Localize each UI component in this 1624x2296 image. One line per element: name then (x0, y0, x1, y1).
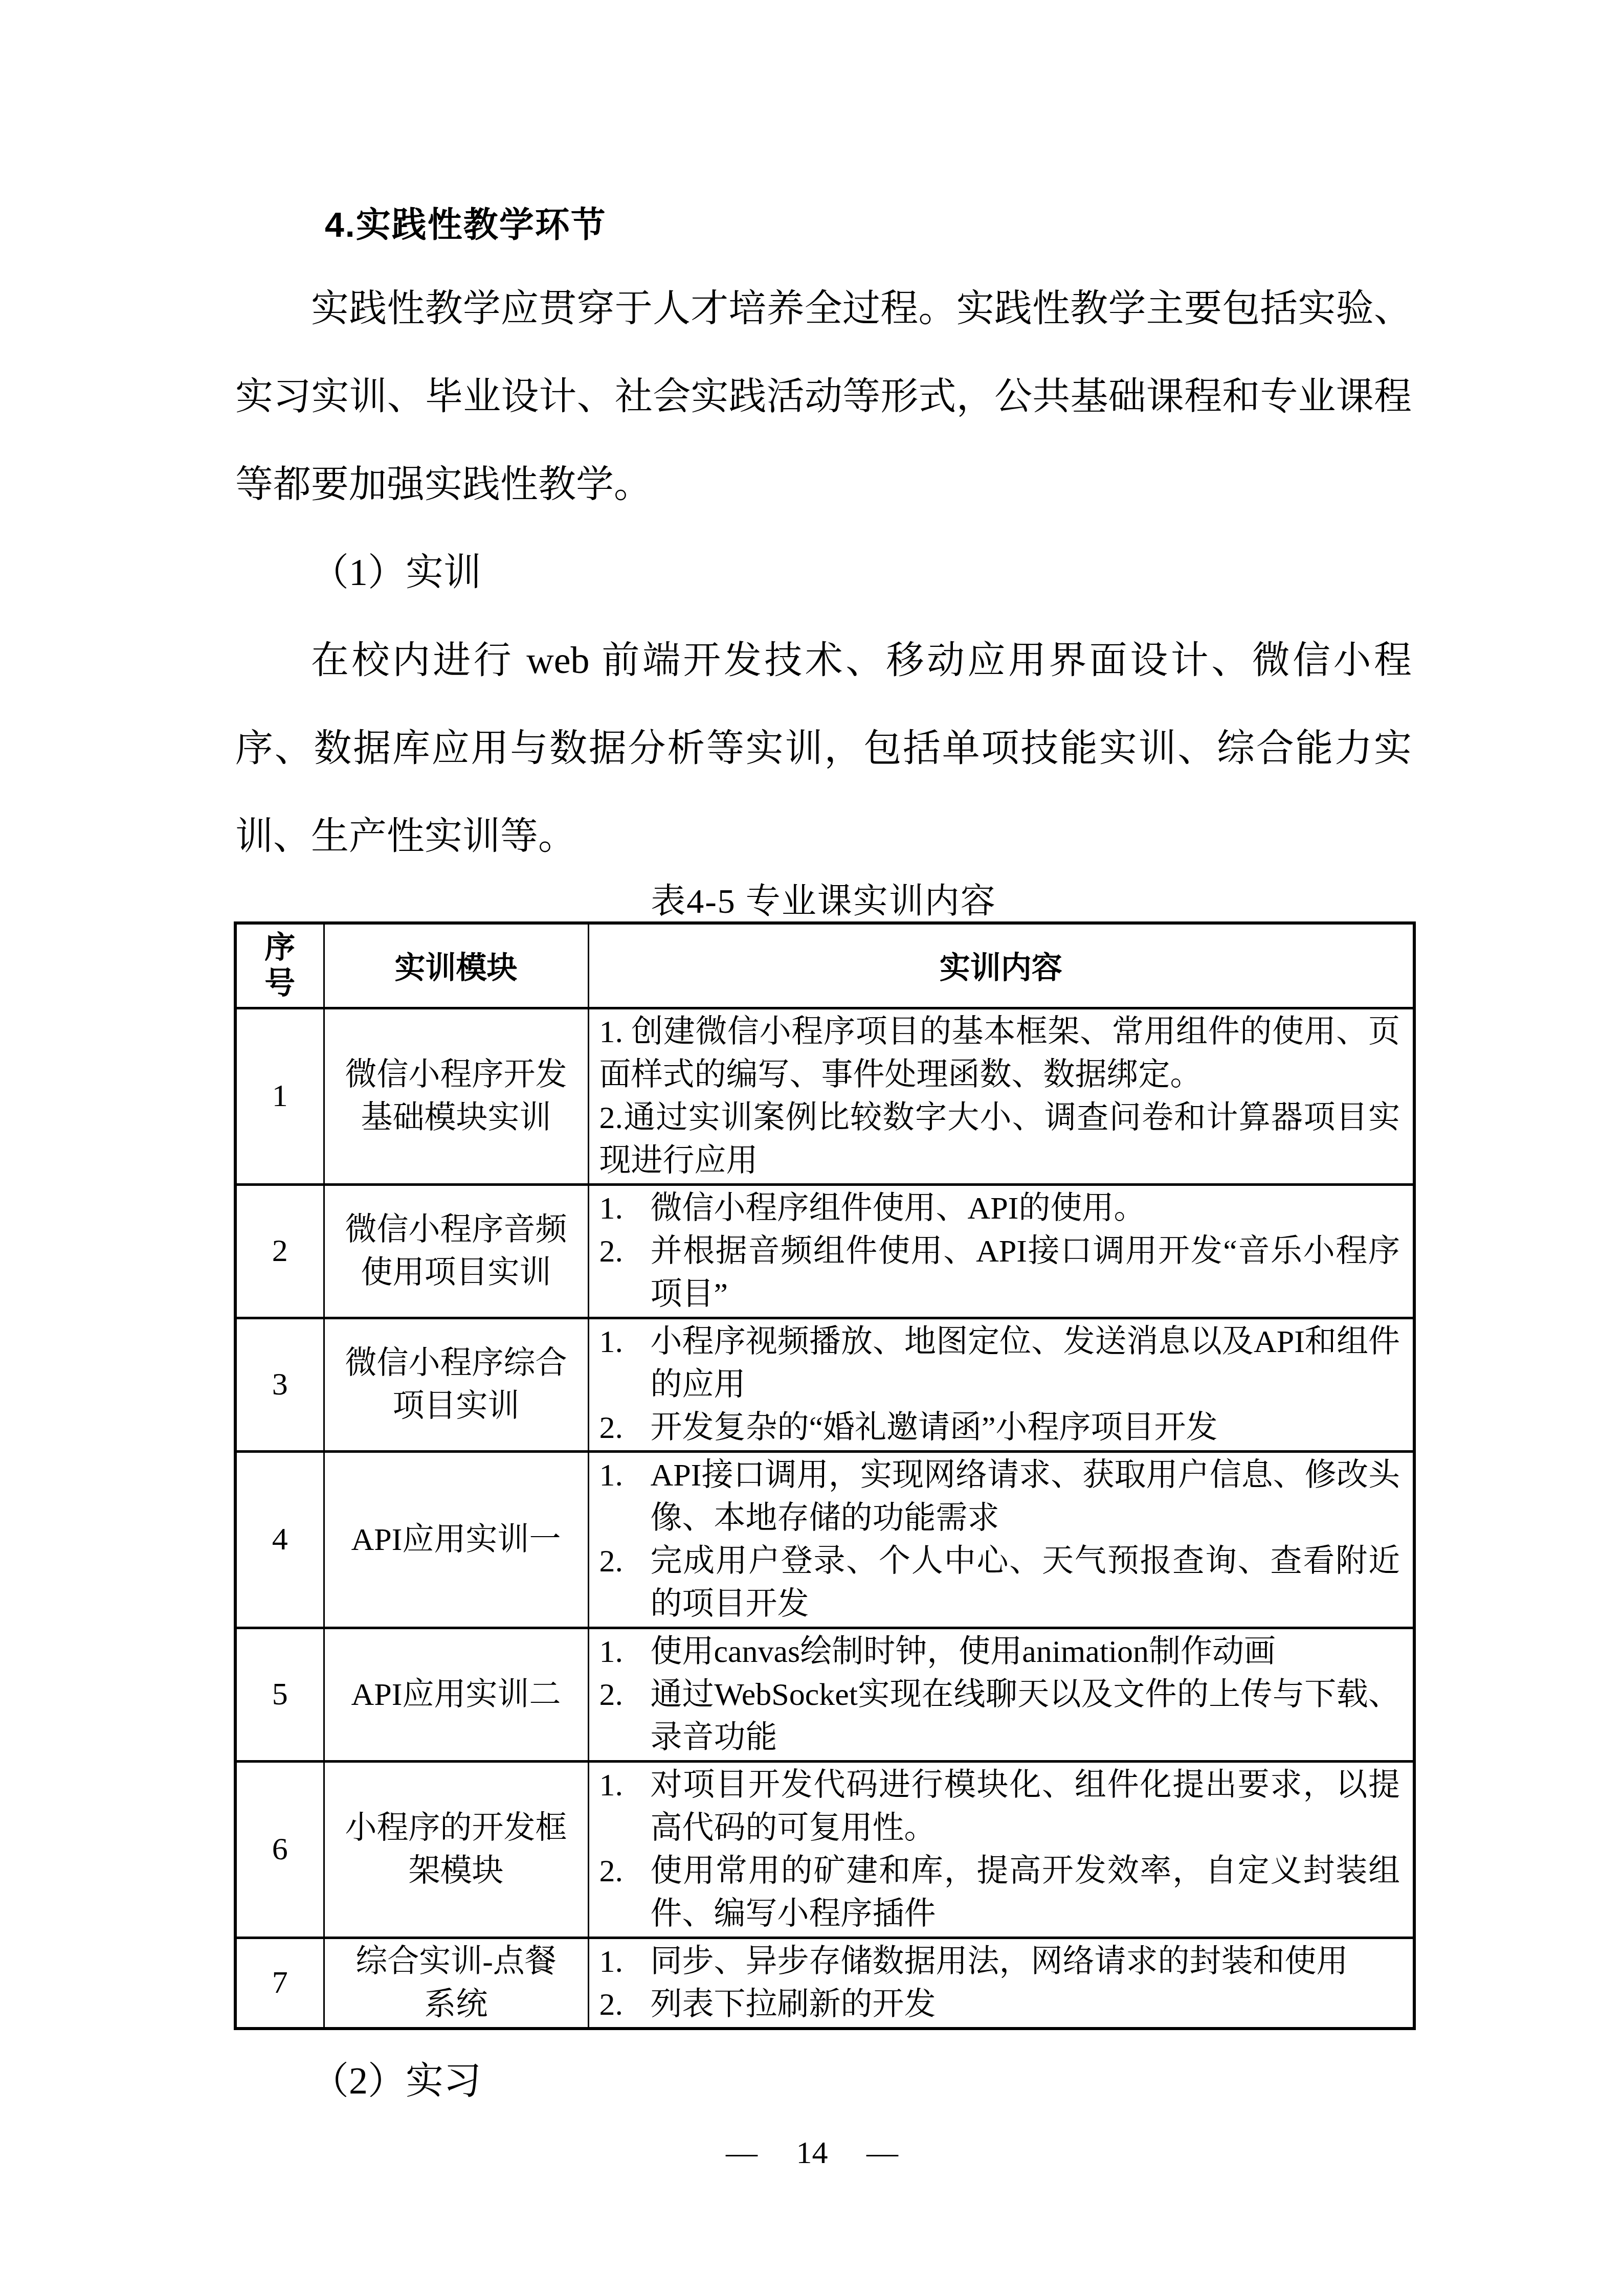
footer-left-dash: — (726, 2135, 758, 2170)
document-page: 4.实践性教学环节 实践性教学应贯穿于人才培养全过程。实践性教学主要包括实验、实… (0, 0, 1624, 2296)
table-row: 5API应用实训二1.使用canvas绘制时钟，使用animation制作动画2… (235, 1628, 1414, 1761)
footer-right-dash: — (866, 2135, 898, 2170)
table-row: 3微信小程序综合 项目实训1.小程序视频播放、地图定位、发送消息以及API和组件… (235, 1318, 1414, 1451)
row-serial-number: 7 (235, 1938, 324, 2029)
content-item: 1.使用canvas绘制时钟，使用animation制作动画 (599, 1630, 1400, 1673)
content-item: 1.微信小程序组件使用、API的使用。 (599, 1187, 1400, 1230)
row-serial-number: 6 (235, 1761, 324, 1938)
item-number-marker: 2. (599, 1673, 651, 1716)
page-number: 14 (796, 2135, 828, 2170)
table-row: 6小程序的开发框 架模块1.对项目开发代码进行模块化、组件化提出要求，以提高代码… (235, 1761, 1414, 1938)
content-item: 1.小程序视频播放、地图定位、发送消息以及API和组件的应用 (599, 1320, 1400, 1406)
row-training-module: 综合实训-点餐 系统 (324, 1938, 588, 2029)
training-content-table: 序 号 实训模块 实训内容 1微信小程序开发 基础模块实训1. 创建微信小程序项… (234, 921, 1416, 2030)
item-text: 开发复杂的“婚礼邀请函”小程序项目开发 (651, 1406, 1400, 1449)
item-number-marker: 1. (599, 1454, 651, 1497)
subsection-heading-1: （1）实训 (235, 529, 1412, 617)
column-header-training-module: 实训模块 (324, 923, 588, 1008)
item-number-marker: 1. (599, 1320, 651, 1363)
item-text: 使用canvas绘制时钟，使用animation制作动画 (651, 1630, 1400, 1673)
item-number-marker: 2. (599, 1406, 651, 1449)
subsection-heading-2: （2）实习 (235, 2037, 1412, 2125)
table-header-row: 序 号 实训模块 实训内容 (235, 923, 1414, 1008)
row-serial-number: 5 (235, 1628, 324, 1761)
column-header-training-content: 实训内容 (588, 923, 1414, 1008)
item-number-marker: 1. (599, 1187, 651, 1230)
row-training-module: API应用实训一 (324, 1451, 588, 1628)
section-heading: 4.实践性教学环节 (325, 199, 1412, 251)
content-item: 2.列表下拉刷新的开发 (599, 1983, 1400, 2026)
row-serial-number: 3 (235, 1318, 324, 1451)
item-number-marker: 2. (599, 1850, 651, 1893)
row-training-content: 1.对项目开发代码进行模块化、组件化提出要求，以提高代码的可复用性。2.使用常用… (588, 1761, 1414, 1938)
item-text: 完成用户登录、个人中心、天气预报查询、查看附近的项目开发 (651, 1540, 1400, 1626)
table-title: 表4-5 专业课实训内容 (235, 881, 1412, 921)
item-number-marker: 1. (599, 1630, 651, 1673)
item-number-marker: 1. (599, 1940, 651, 1983)
item-text: 并根据音频组件使用、API接口调用开发“音乐小程序项目” (651, 1230, 1400, 1316)
item-text: API接口调用，实现网络请求、获取用户信息、修改头像、本地存储的功能需求 (651, 1454, 1400, 1540)
page-footer: — 14 — (0, 2132, 1624, 2173)
item-number-marker: 2. (599, 1983, 651, 2026)
item-number-marker: 2. (599, 1230, 651, 1273)
content-item: 2.完成用户登录、个人中心、天气预报查询、查看附近的项目开发 (599, 1540, 1400, 1626)
table-row: 7综合实训-点餐 系统1.同步、异步存储数据用法，网络请求的封装和使用2.列表下… (235, 1938, 1414, 2029)
content-item: 1.对项目开发代码进行模块化、组件化提出要求，以提高代码的可复用性。 (599, 1764, 1400, 1850)
row-training-module: 微信小程序综合 项目实训 (324, 1318, 588, 1451)
table-row: 2微信小程序音频 使用项目实训1.微信小程序组件使用、API的使用。2.并根据音… (235, 1184, 1414, 1318)
row-training-content: 1.同步、异步存储数据用法，网络请求的封装和使用2.列表下拉刷新的开发 (588, 1938, 1414, 2029)
column-header-serial-number: 序 号 (235, 923, 324, 1008)
paragraph-training-intro: 在校内进行 web 前端开发技术、移动应用界面设计、微信小程序、数据库应用与数据… (235, 617, 1412, 881)
item-text: 小程序视频播放、地图定位、发送消息以及API和组件的应用 (651, 1320, 1400, 1406)
row-serial-number: 4 (235, 1451, 324, 1628)
item-text: 通过WebSocket实现在线聊天以及文件的上传与下载、录音功能 (651, 1673, 1400, 1759)
item-text: 使用常用的矿建和库，提高开发效率，自定义封装组件、编写小程序插件 (651, 1850, 1400, 1935)
row-training-module: 微信小程序音频 使用项目实训 (324, 1184, 588, 1318)
row-serial-number: 1 (235, 1008, 324, 1184)
content-item: 2.使用常用的矿建和库，提高开发效率，自定义封装组件、编写小程序插件 (599, 1850, 1400, 1935)
row-training-content: 1.小程序视频播放、地图定位、发送消息以及API和组件的应用2.开发复杂的“婚礼… (588, 1318, 1414, 1451)
item-number-marker: 1. (599, 1764, 651, 1807)
item-text: 微信小程序组件使用、API的使用。 (651, 1187, 1400, 1230)
row-serial-number: 2 (235, 1184, 324, 1318)
content-item: 1. 创建微信小程序项目的基本框架、常用组件的使用、页面样式的编写、事件处理函数… (599, 1010, 1400, 1096)
item-number-marker: 2. (599, 1540, 651, 1583)
table-row: 1微信小程序开发 基础模块实训1. 创建微信小程序项目的基本框架、常用组件的使用… (235, 1008, 1414, 1184)
row-training-content: 1.API接口调用，实现网络请求、获取用户信息、修改头像、本地存储的功能需求2.… (588, 1451, 1414, 1628)
paragraph-practical-teaching: 实践性教学应贯穿于人才培养全过程。实践性教学主要包括实验、实习实训、毕业设计、社… (235, 265, 1412, 529)
row-training-module: 微信小程序开发 基础模块实训 (324, 1008, 588, 1184)
content-item: 2.开发复杂的“婚礼邀请函”小程序项目开发 (599, 1406, 1400, 1449)
row-training-module: API应用实训二 (324, 1628, 588, 1761)
row-training-content: 1.微信小程序组件使用、API的使用。2.并根据音频组件使用、API接口调用开发… (588, 1184, 1414, 1318)
table-row: 4API应用实训一1.API接口调用，实现网络请求、获取用户信息、修改头像、本地… (235, 1451, 1414, 1628)
content-item: 2.通过实训案例比较数字大小、调查问卷和计算器项目实现进行应用 (599, 1096, 1400, 1182)
content-item: 1.API接口调用，实现网络请求、获取用户信息、修改头像、本地存储的功能需求 (599, 1454, 1400, 1540)
item-text: 列表下拉刷新的开发 (651, 1983, 1400, 2026)
content-item: 1.同步、异步存储数据用法，网络请求的封装和使用 (599, 1940, 1400, 1983)
item-text: 同步、异步存储数据用法，网络请求的封装和使用 (651, 1940, 1400, 1983)
row-training-content: 1. 创建微信小程序项目的基本框架、常用组件的使用、页面样式的编写、事件处理函数… (588, 1008, 1414, 1184)
content-item: 2.通过WebSocket实现在线聊天以及文件的上传与下载、录音功能 (599, 1673, 1400, 1759)
item-text: 对项目开发代码进行模块化、组件化提出要求，以提高代码的可复用性。 (651, 1764, 1400, 1850)
row-training-module: 小程序的开发框 架模块 (324, 1761, 588, 1938)
row-training-content: 1.使用canvas绘制时钟，使用animation制作动画2.通过WebSoc… (588, 1628, 1414, 1761)
content-item: 2.并根据音频组件使用、API接口调用开发“音乐小程序项目” (599, 1230, 1400, 1316)
